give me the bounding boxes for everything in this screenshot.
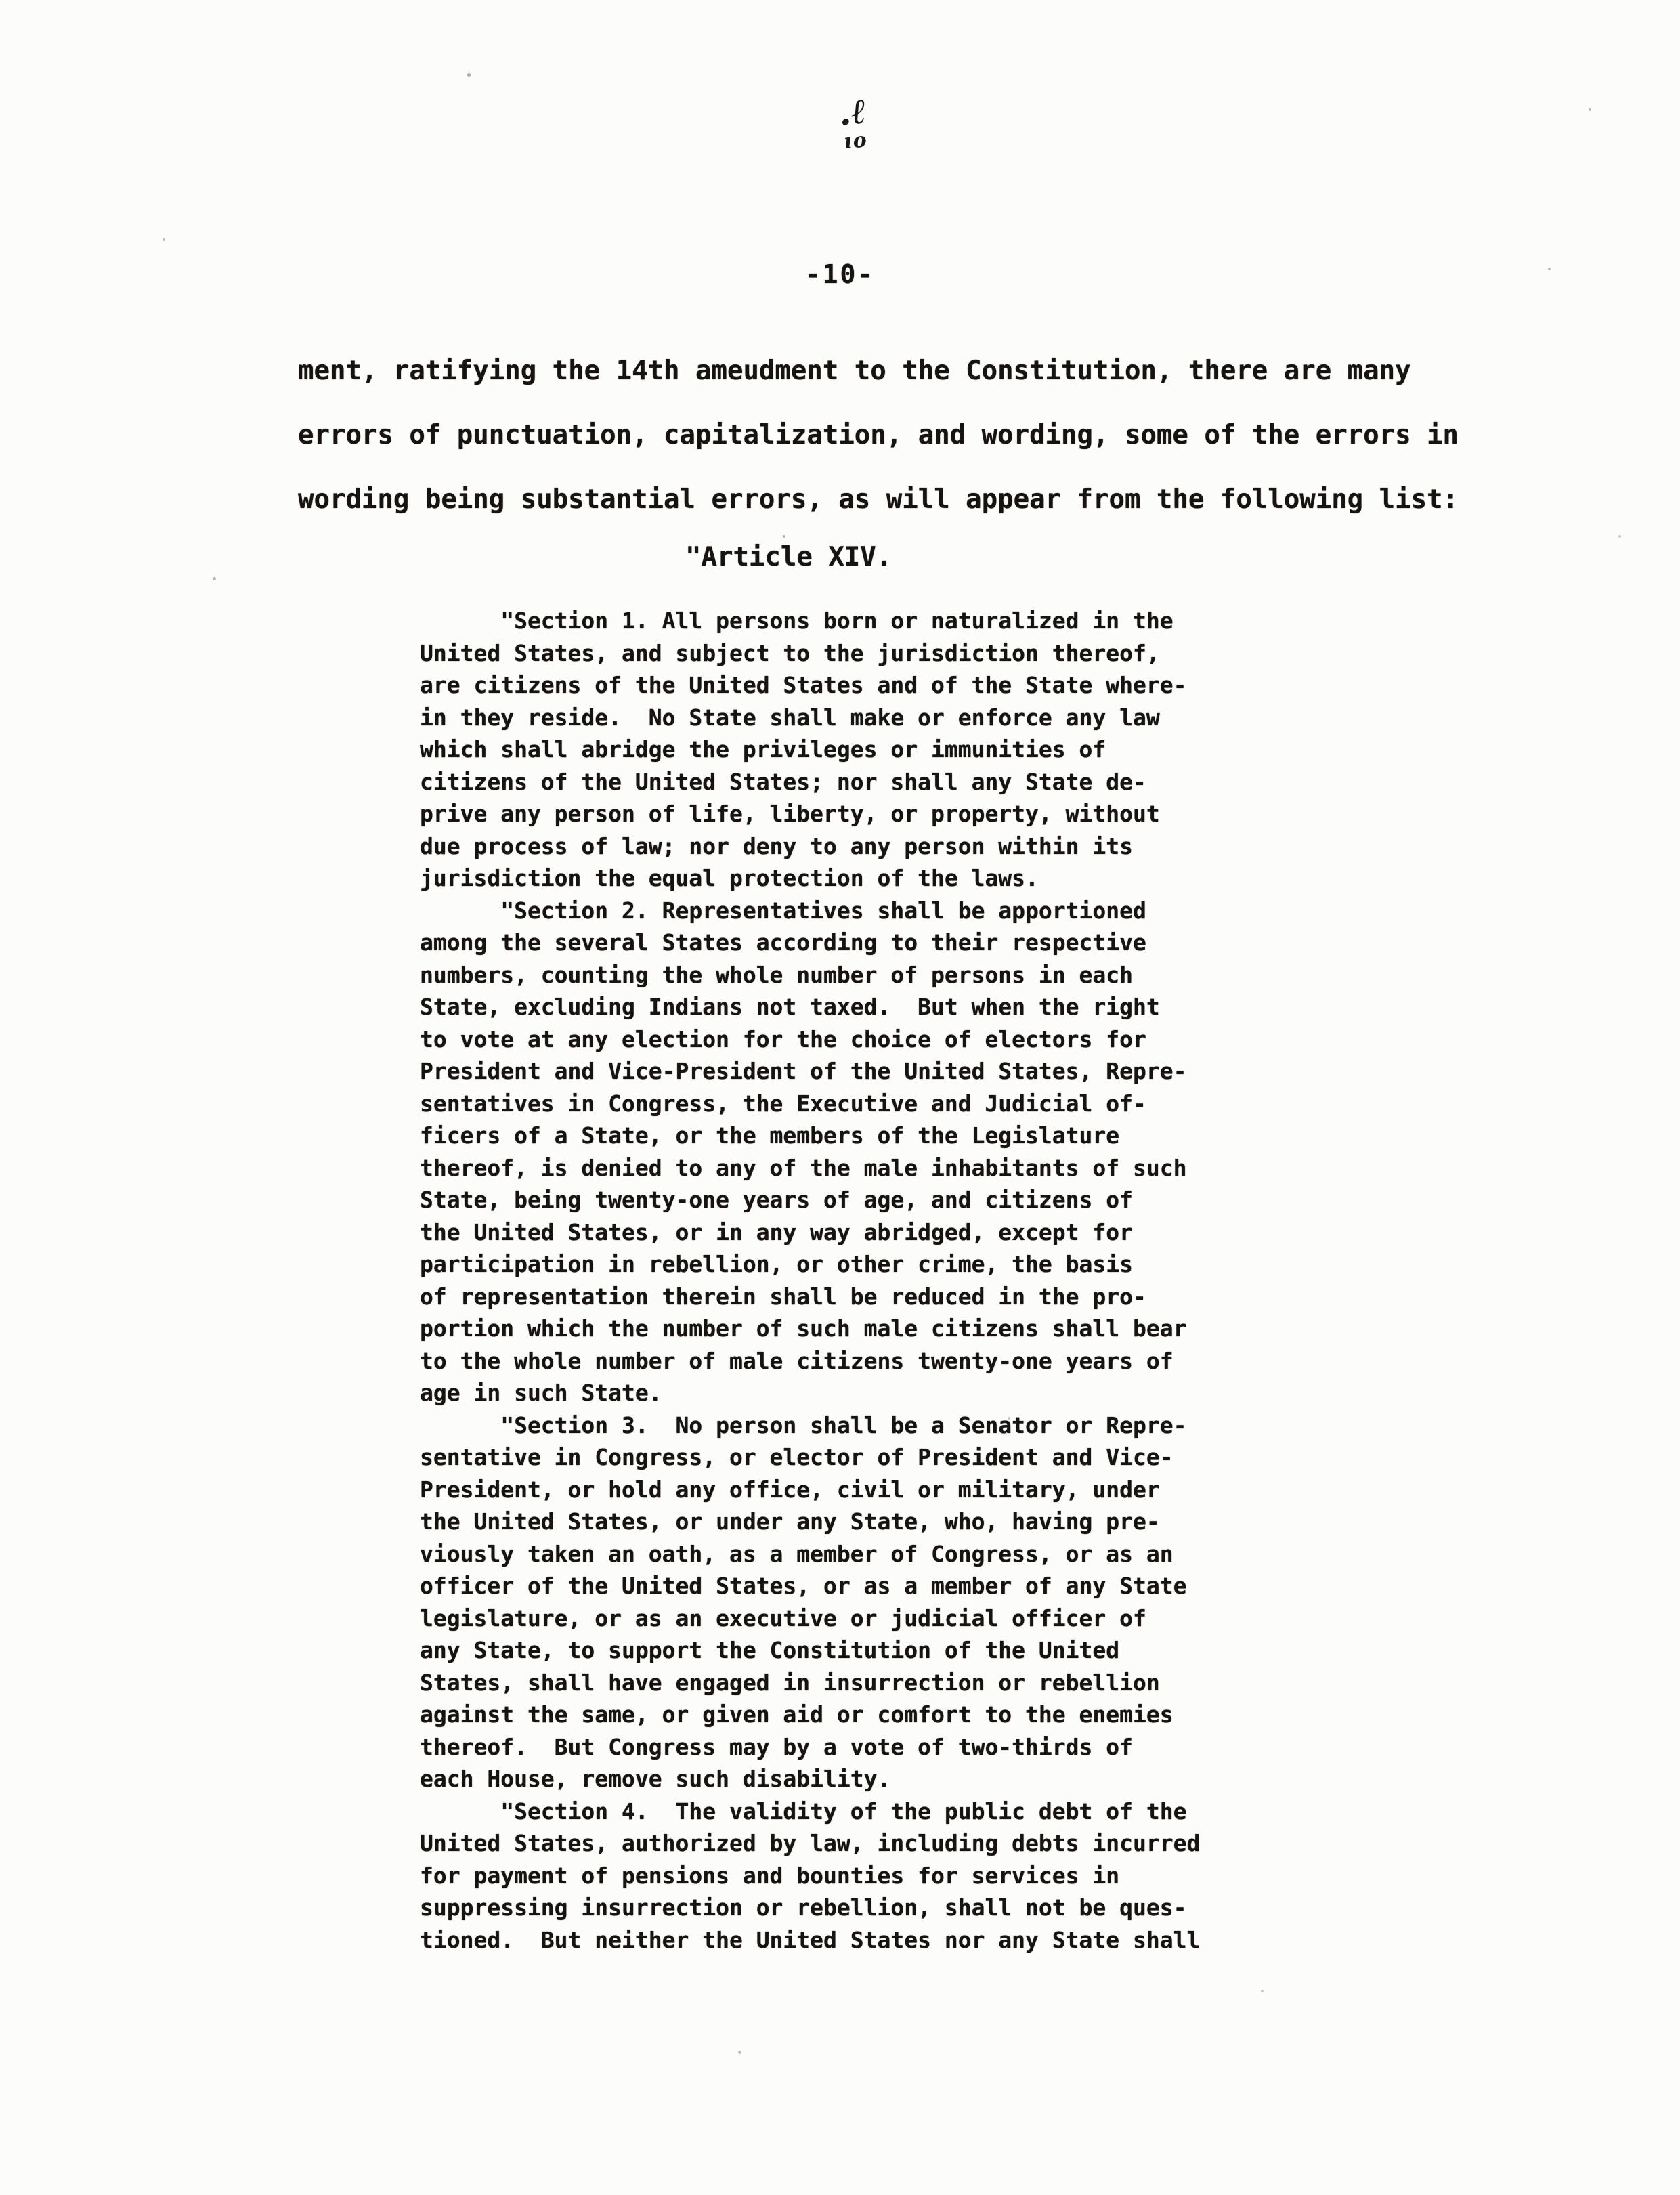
text-line: citizens of the United States; nor shall… (420, 766, 1200, 798)
text-line: age in such State. (420, 1377, 1200, 1409)
text-line: "Section 1. All persons born or naturali… (420, 605, 1200, 637)
handwritten-mark-top: .ℓ (837, 93, 867, 131)
text-line: each House, remove such disability. (420, 1763, 1200, 1795)
amendment-quote-block: "Section 1. All persons born or naturali… (420, 605, 1200, 1956)
text-line: prive any person of life, liberty, or pr… (420, 798, 1200, 830)
text-line: any State, to support the Constitution o… (420, 1634, 1200, 1667)
text-line: against the same, or given aid or comfor… (420, 1699, 1200, 1731)
document-page: .ℓ ıo -10- ment, ratifying the 14th ameu… (0, 0, 1680, 2195)
page-number: -10- (0, 259, 1680, 289)
text-line: wording being substantial errors, as wil… (298, 467, 1459, 532)
scan-speck (738, 2051, 741, 2054)
text-line: participation in rebellion, or other cri… (420, 1248, 1200, 1281)
text-line: United States, authorized by law, includ… (420, 1827, 1200, 1860)
text-line: suppressing insurrection or rebellion, s… (420, 1892, 1200, 1924)
text-line: officer of the United States, or as a me… (420, 1570, 1200, 1602)
text-line: viously taken an oath, as a member of Co… (420, 1538, 1200, 1571)
text-line: President, or hold any office, civil or … (420, 1474, 1200, 1506)
text-line: sentatives in Congress, the Executive an… (420, 1088, 1200, 1120)
intro-paragraph: ment, ratifying the 14th ameudment to th… (298, 339, 1459, 532)
scan-speck (1261, 1990, 1264, 1992)
scan-speck (783, 535, 785, 538)
scan-speck (213, 577, 216, 580)
scan-speck (1548, 268, 1551, 270)
text-line: State, being twenty-one years of age, an… (420, 1184, 1200, 1216)
text-line: errors of punctuation, capitalization, a… (298, 403, 1459, 467)
text-line: the United States, or in any way abridge… (420, 1216, 1200, 1249)
handwritten-mark-bottom: ıo (843, 130, 869, 152)
text-line: "Section 4. The validity of the public d… (420, 1795, 1200, 1828)
text-line: portion which the number of such male ci… (420, 1313, 1200, 1345)
text-line: to vote at any election for the choice o… (420, 1023, 1200, 1056)
text-line: ficers of a State, or the members of the… (420, 1120, 1200, 1152)
text-line: sentative in Congress, or elector of Pre… (420, 1441, 1200, 1474)
text-line: which shall abridge the privileges or im… (420, 733, 1200, 766)
article-heading: "Article XIV. (685, 542, 892, 572)
text-line: jurisdiction the equal protection of the… (420, 862, 1200, 895)
text-line: thereof. But Congress may by a vote of t… (420, 1731, 1200, 1764)
text-line: the United States, or under any State, w… (420, 1506, 1200, 1538)
text-line: United States, and subject to the jurisd… (420, 637, 1200, 670)
text-line: for payment of pensions and bounties for… (420, 1860, 1200, 1892)
text-line: numbers, counting the whole number of pe… (420, 959, 1200, 992)
scan-speck (1618, 535, 1621, 538)
text-line: "Section 2. Representatives shall be app… (420, 895, 1200, 927)
scan-speck (163, 238, 165, 241)
text-line: State, excluding Indians not taxed. But … (420, 991, 1200, 1023)
text-line: legislature, or as an executive or judic… (420, 1602, 1200, 1635)
text-line: ment, ratifying the 14th ameudment to th… (298, 339, 1459, 403)
text-line: President and Vice-President of the Unit… (420, 1055, 1200, 1088)
text-line: tioned. But neither the United States no… (420, 1924, 1200, 1957)
text-line: in they reside. No State shall make or e… (420, 702, 1200, 734)
scan-speck (1008, 1417, 1010, 1420)
text-line: thereof, is denied to any of the male in… (420, 1152, 1200, 1185)
text-line: due process of law; nor deny to any pers… (420, 830, 1200, 863)
text-line: States, shall have engaged in insurrecti… (420, 1667, 1200, 1699)
text-line: are citizens of the United States and of… (420, 669, 1200, 702)
text-line: of representation therein shall be reduc… (420, 1281, 1200, 1313)
handwritten-annotation: .ℓ ıo (837, 93, 869, 152)
text-line: among the several States according to th… (420, 926, 1200, 959)
text-line: to the whole number of male citizens twe… (420, 1345, 1200, 1378)
scan-speck (1589, 108, 1591, 111)
text-line: "Section 3. No person shall be a Senator… (420, 1409, 1200, 1442)
scan-speck (467, 73, 471, 77)
